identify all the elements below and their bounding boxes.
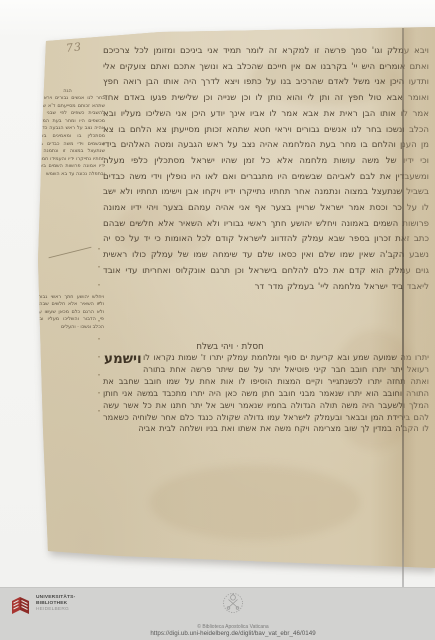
margin-note-block-2: ויחלש יהושע חתך ראשי גבוריו ולא השאיר אל… — [36, 294, 104, 351]
footer-bar: UNIVERSITÄTS- BIBLIOTHEK HEIDELBERG © Bi… — [0, 587, 435, 640]
page-edge-line — [402, 28, 404, 587]
pen-stroke-mark — [49, 247, 92, 259]
main-text-block: ויבא עמלק וגו' סמך פרשה זו למקרא זה לומר… — [103, 44, 429, 343]
parchment-stain — [150, 465, 360, 540]
margin-note-header: הגה — [30, 88, 105, 95]
second-text-lines: יתרו מה שמועה שמע ובא קריעת ים סוף ומלחמ… — [103, 352, 429, 435]
margin-note-block-1: הגה בחר לנו אנשים גבורים ויראי חטא שתהא … — [30, 88, 105, 201]
vatican-library-seal-icon — [218, 606, 248, 623]
ub-heidelberg-logo-text: UNIVERSITÄTS- BIBLIOTHEK HEIDELBERG — [36, 595, 75, 612]
scan-viewer: 73 הגה בחר לנו אנשים גבורים ויראי חטא שת… — [0, 0, 435, 640]
image-url: https://digi.ub.uni-heidelberg.de/diglit… — [133, 630, 333, 638]
vatican-credit: © Biblioteca Apostolica Vaticana https:/… — [133, 589, 333, 638]
library-name-line3: HEIDELBERG — [36, 607, 75, 613]
folio-number: 73 — [65, 40, 82, 55]
ub-heidelberg-logo-icon — [10, 595, 31, 623]
second-text-block: וישמע יתרו מה שמועה שמע ובא קריעת ים סוף… — [103, 352, 429, 447]
ub-heidelberg-logo: UNIVERSITÄTS- BIBLIOTHEK HEIDELBERG — [10, 595, 75, 623]
margin-note-text: בחר לנו אנשים גבורים ויראי חטא שתהא זכות… — [30, 95, 105, 179]
library-name-line1: UNIVERSITÄTS- — [36, 595, 75, 601]
page-curl-strip — [404, 27, 435, 568]
manuscript-page-wrap: 73 הגה בחר לנו אנשים גבורים ויראי חטא שת… — [0, 0, 435, 640]
manuscript-page: 73 הגה בחר לנו אנשים גבורים ויראי חטא שת… — [0, 0, 435, 640]
